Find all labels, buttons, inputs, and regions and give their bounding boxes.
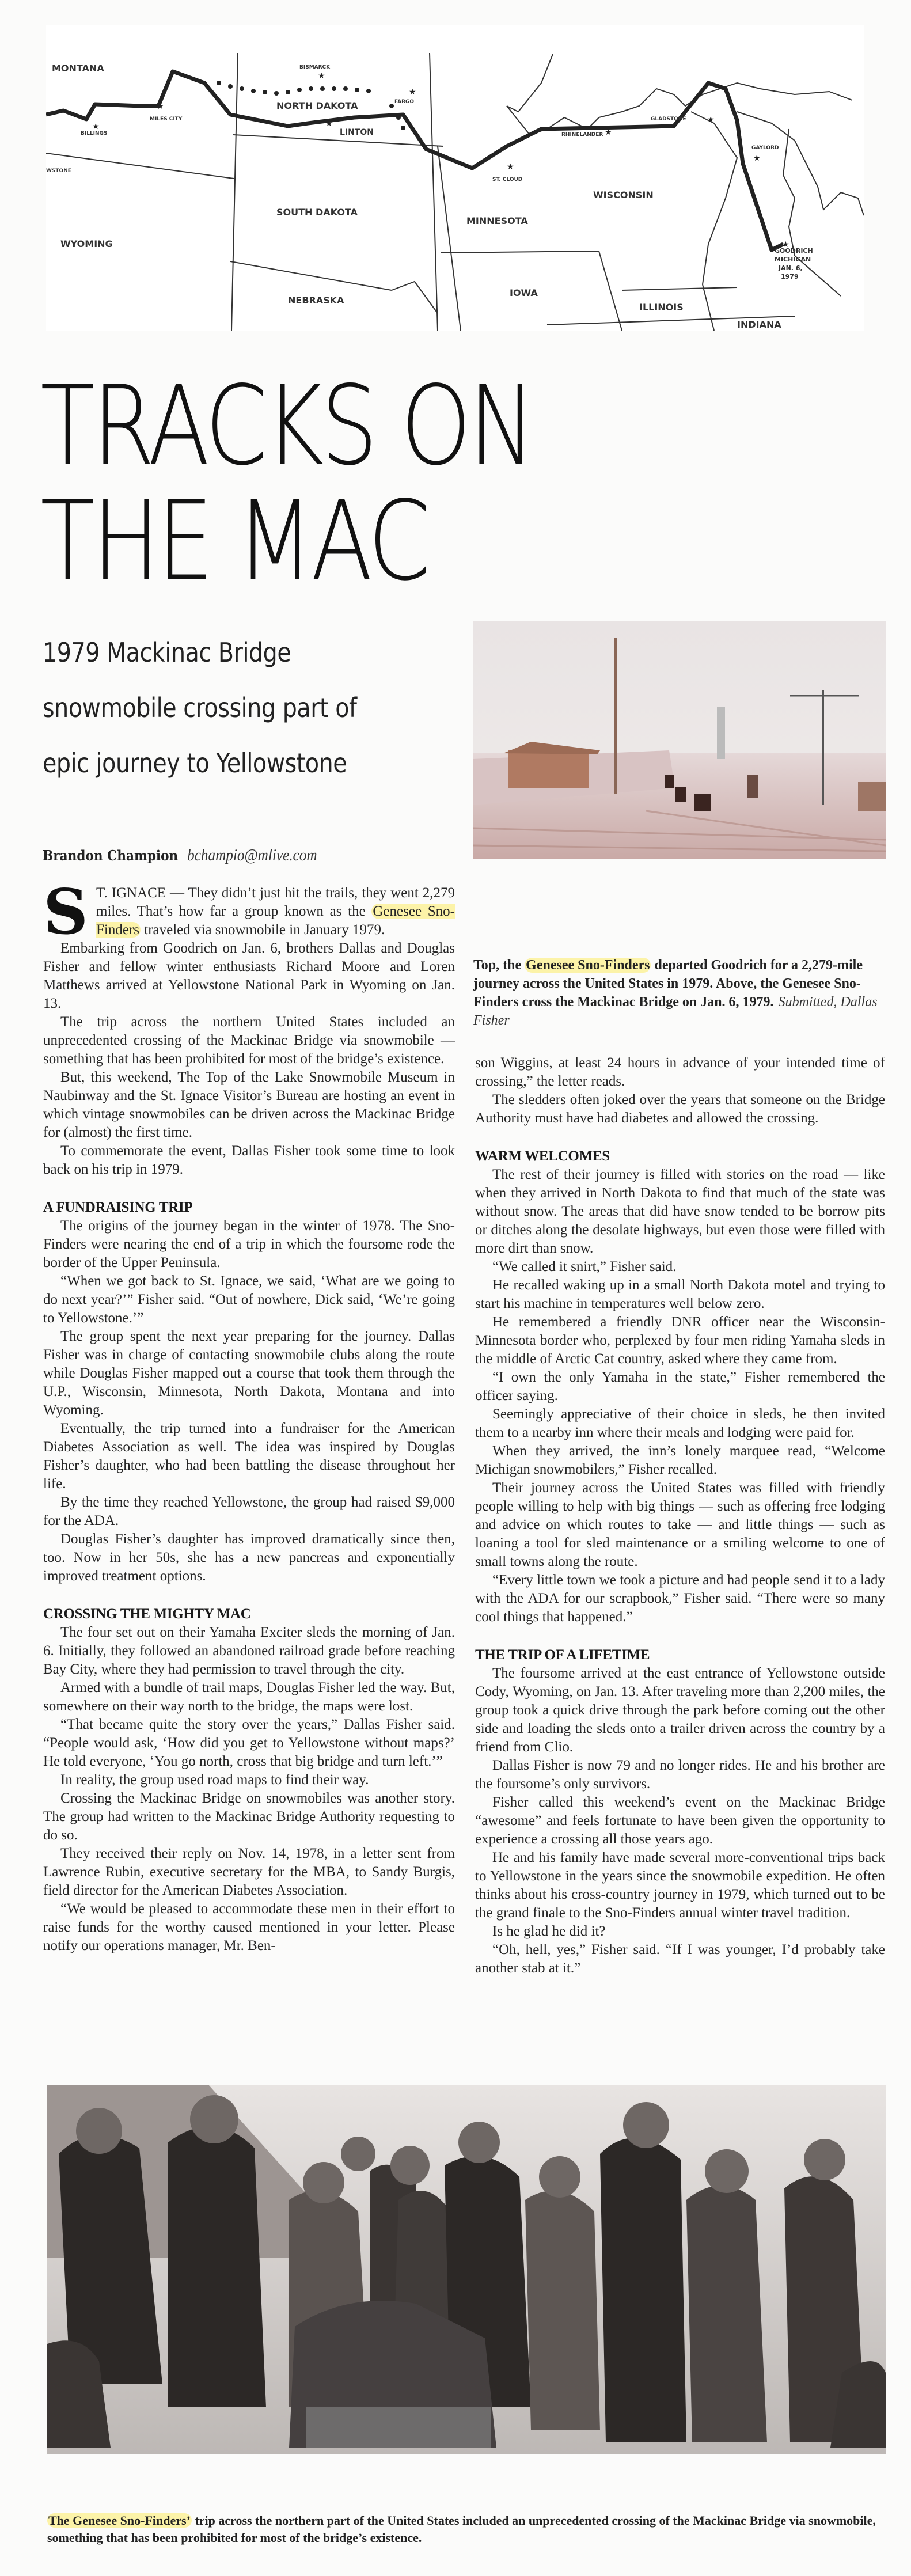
paragraph: Dallas Fisher is now 79 and no longer ri… bbox=[475, 1756, 885, 1793]
map-label-south-dakota: SOUTH DAKOTA bbox=[276, 207, 358, 218]
paragraph: The four set out on their Yamaha Exciter… bbox=[43, 1623, 455, 1679]
paragraph: The foursome arrived at the east entranc… bbox=[475, 1664, 885, 1756]
photo-caption-bottom: The Genesee Sno-Finders’ trip across the… bbox=[47, 2512, 888, 2547]
paragraph: Embarking from Goodrich on Jan. 6, broth… bbox=[43, 939, 455, 1013]
paragraph-continued: son Wiggins, at least 24 hours in advanc… bbox=[475, 1054, 885, 1091]
paragraph: Eventually, the trip turned into a fundr… bbox=[43, 1420, 455, 1493]
map-city-st-cloud: ST. CLOUD bbox=[492, 177, 522, 183]
caption-highlight: Genesee Sno-Finders bbox=[525, 958, 651, 973]
paragraph: The rest of their journey is filled with… bbox=[475, 1166, 885, 1258]
paragraph: To commemorate the event, Dallas Fisher … bbox=[43, 1142, 455, 1179]
map-label-north-dakota: NORTH DAKOTA bbox=[276, 100, 358, 111]
route-map-graphic: MONTANA NORTH DAKOTA SOUTH DAKOTA WYOMIN… bbox=[46, 25, 864, 331]
paragraph: Seemingly appreciative of their choice i… bbox=[475, 1405, 885, 1442]
map-label-minnesota: MINNESOTA bbox=[466, 215, 528, 226]
section-heading-fundraising: A FUNDRAISING TRIP bbox=[43, 1198, 455, 1217]
byline: Brandon Champion bchampio@mlive.com bbox=[43, 847, 317, 865]
drop-cap: S bbox=[43, 887, 88, 937]
svg-text:★: ★ bbox=[157, 102, 164, 111]
paragraph: Their journey across the United States w… bbox=[475, 1479, 885, 1571]
map-start-label-3: JAN. 6, bbox=[778, 264, 803, 272]
paragraph: The trip across the northern United Stat… bbox=[43, 1013, 455, 1068]
map-label-nebraska: NEBRASKA bbox=[288, 295, 344, 306]
svg-text:★: ★ bbox=[318, 71, 325, 81]
paragraph: The origins of the journey began in the … bbox=[43, 1217, 455, 1272]
svg-text:★: ★ bbox=[707, 115, 715, 124]
subheadline: 1979 Mackinac Bridge snowmobile crossing… bbox=[43, 625, 399, 791]
route-map: MONTANA NORTH DAKOTA SOUTH DAKOTA WYOMIN… bbox=[46, 25, 864, 331]
paragraph: He and his family have made several more… bbox=[475, 1849, 885, 1922]
map-label-montana: MONTANA bbox=[52, 63, 104, 74]
map-city-fargo: FARGO bbox=[394, 99, 414, 105]
map-start-label-2: MICHIGAN bbox=[775, 256, 811, 263]
paragraph: “We called it snirt,” Fisher said. bbox=[475, 1258, 885, 1276]
paragraph: “When we got back to St. Ignace, we said… bbox=[43, 1272, 455, 1327]
map-city-billings: BILLINGS bbox=[81, 131, 107, 136]
section-heading-mighty-mac: CROSSING THE MIGHTY MAC bbox=[43, 1605, 455, 1623]
map-label-iowa: IOWA bbox=[510, 287, 538, 298]
section-heading-warm-welcomes: WARM WELCOMES bbox=[475, 1147, 885, 1166]
map-start-label-4: 1979 bbox=[781, 273, 799, 280]
map-start-label-1: GOODRICH bbox=[775, 247, 813, 255]
map-city-partial: WSTONE bbox=[46, 168, 71, 174]
caption-highlight: The Genesee Sno-Finders’ bbox=[47, 2513, 192, 2528]
paragraph: Fisher called this weekend’s event on th… bbox=[475, 1793, 885, 1849]
paragraph: They received their reply on Nov. 14, 19… bbox=[43, 1845, 455, 1900]
paragraph: In reality, the group used road maps to … bbox=[43, 1771, 455, 1789]
headline-line-1: TRACKS ON bbox=[40, 369, 533, 484]
article-column-left: ST. IGNACE — They didn’t just hit the tr… bbox=[43, 884, 455, 1955]
paragraph: By the time they reached Yellowstone, th… bbox=[43, 1493, 455, 1530]
svg-text:★: ★ bbox=[92, 122, 100, 131]
paragraph: He remembered a friendly DNR officer nea… bbox=[475, 1313, 885, 1368]
headline: TRACKS ON THE MAC bbox=[40, 369, 533, 599]
map-city-gladstone: GLADSTONE bbox=[651, 116, 686, 122]
map-label-illinois: ILLINOIS bbox=[639, 302, 684, 313]
map-label-wyoming: WYOMING bbox=[60, 238, 113, 249]
map-city-gaylord: GAYLORD bbox=[751, 145, 779, 151]
article-column-right: son Wiggins, at least 24 hours in advanc… bbox=[475, 1054, 885, 1978]
paragraph: “Every little town we took a picture and… bbox=[475, 1571, 885, 1626]
paragraph: “We would be pleased to accommodate thes… bbox=[43, 1900, 455, 1955]
map-city-miles-city: MILES CITY bbox=[150, 116, 183, 122]
map-label-wisconsin: WISCONSIN bbox=[593, 189, 654, 200]
svg-text:★: ★ bbox=[507, 162, 514, 172]
svg-text:★: ★ bbox=[753, 154, 761, 163]
paragraph: “That became quite the story over the ye… bbox=[43, 1716, 455, 1771]
paragraph: Douglas Fisher’s daughter has improved d… bbox=[43, 1530, 455, 1585]
paragraph: Crossing the Mackinac Bridge on snowmobi… bbox=[43, 1789, 455, 1845]
bridge-crossing-photo bbox=[473, 621, 886, 859]
paragraph: Is he glad he did it? bbox=[475, 1922, 885, 1941]
headline-line-2: THE MAC bbox=[40, 484, 533, 599]
map-label-indiana: INDIANA bbox=[737, 319, 781, 330]
section-heading-trip-of-a-lifetime: THE TRIP OF A LIFETIME bbox=[475, 1646, 885, 1664]
paragraph: He recalled waking up in a small North D… bbox=[475, 1276, 885, 1313]
svg-text:★: ★ bbox=[605, 128, 612, 137]
paragraph: The sledders often joked over the years … bbox=[475, 1091, 885, 1128]
map-city-linton: LINTON bbox=[340, 128, 374, 137]
paragraph: But, this weekend, The Top of the Lake S… bbox=[43, 1068, 455, 1142]
svg-text:★: ★ bbox=[325, 119, 333, 128]
svg-text:★: ★ bbox=[782, 240, 789, 249]
map-city-rhinelander: RHINELANDER bbox=[561, 132, 603, 138]
author-email[interactable]: bchampio@mlive.com bbox=[187, 847, 317, 864]
paragraph: When they arrived, the inn’s lonely marq… bbox=[475, 1442, 885, 1479]
photo-caption-top: Top, the Genesee Sno-Finders departed Go… bbox=[473, 956, 883, 1030]
paragraph: “I own the only Yamaha in the state,” Fi… bbox=[475, 1368, 885, 1405]
lede-paragraph: ST. IGNACE — They didn’t just hit the tr… bbox=[43, 884, 455, 939]
map-city-bismarck: BISMARCK bbox=[299, 65, 331, 70]
paragraph: “Oh, hell, yes,” Fisher said. “If I was … bbox=[475, 1941, 885, 1978]
group-photo bbox=[47, 2085, 886, 2454]
svg-text:★: ★ bbox=[409, 88, 416, 97]
author-name: Brandon Champion bbox=[43, 847, 178, 864]
paragraph: Armed with a bundle of trail maps, Dougl… bbox=[43, 1679, 455, 1716]
paragraph: The group spent the next year preparing … bbox=[43, 1327, 455, 1420]
